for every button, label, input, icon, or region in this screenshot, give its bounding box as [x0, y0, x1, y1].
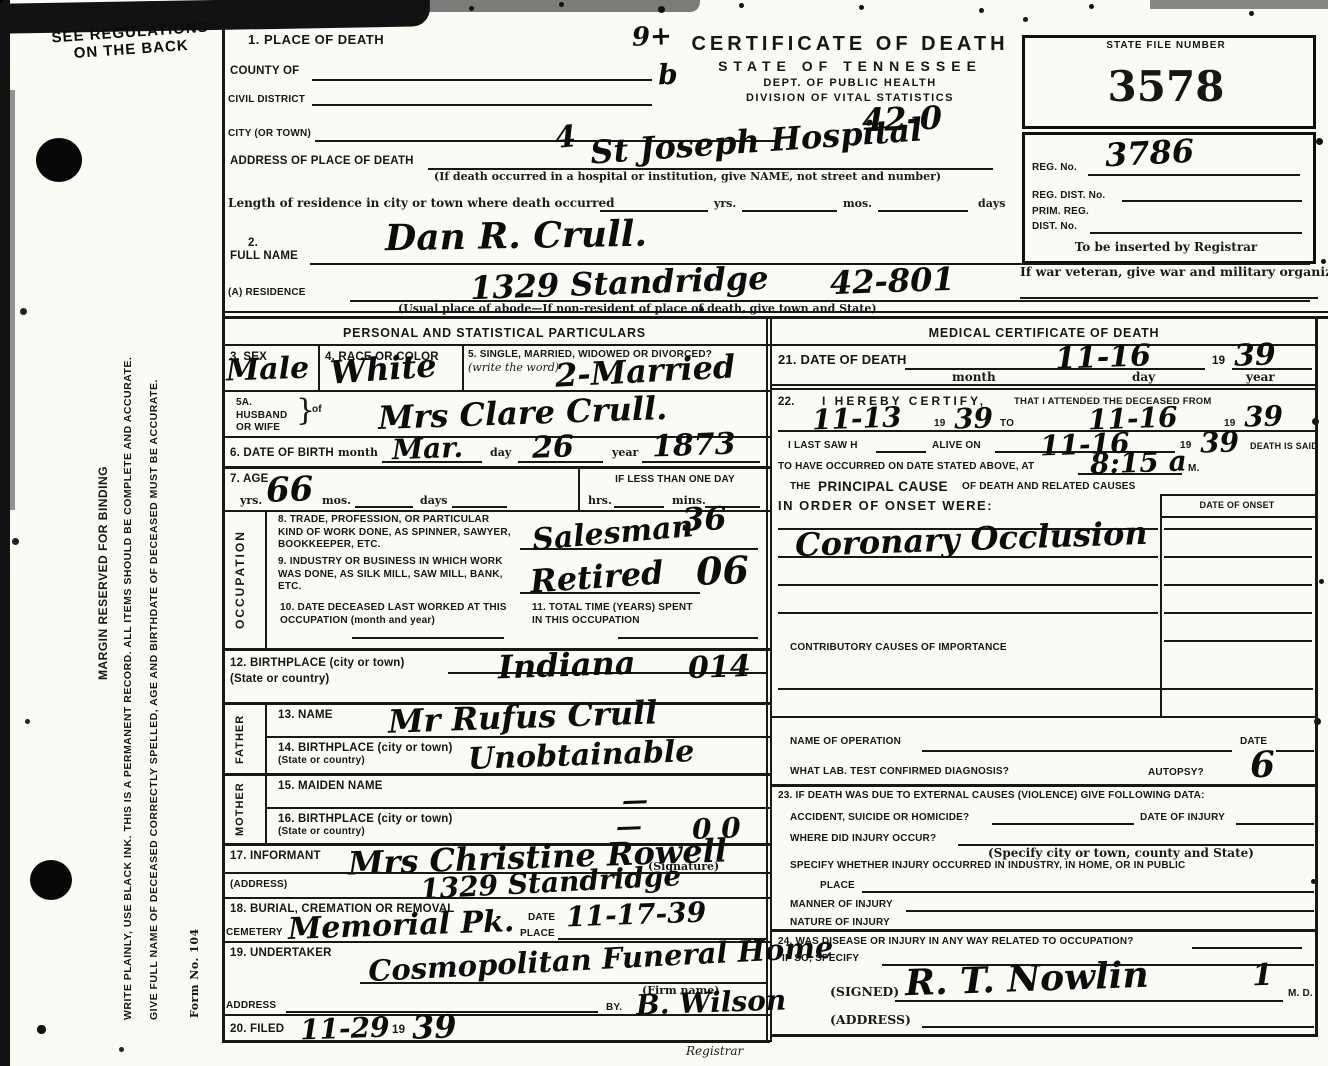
- dob-month-label: month: [338, 446, 378, 459]
- line: [778, 612, 1158, 614]
- from-year-prefix: 19: [934, 418, 946, 431]
- address-label: ADDRESS OF PLACE OF DEATH: [230, 154, 414, 168]
- specify-where-label: SPECIFY WHETHER INJURY OCCURRED IN INDUS…: [790, 860, 1185, 873]
- saw-year-handwritten: 39: [1199, 425, 1239, 459]
- line: [352, 637, 504, 639]
- division-title: DIVISION OF VITAL STATISTICS: [690, 92, 1010, 106]
- line: [1236, 823, 1314, 825]
- yrs-label: yrs.: [714, 197, 736, 210]
- informant-label: 17. INFORMANT: [230, 849, 321, 863]
- file-number-value: 3578: [1030, 62, 1302, 111]
- residence-length-label: Length of residence in city or town wher…: [228, 196, 615, 210]
- line: [1192, 947, 1302, 949]
- line: [1160, 494, 1315, 496]
- line: [614, 506, 664, 508]
- last-saw-label: I LAST SAW H: [788, 440, 858, 453]
- dod-year-label: year: [1246, 370, 1275, 384]
- line: [265, 736, 770, 738]
- burial-date-label: DATE: [528, 912, 555, 925]
- death-certificate-scan: SEE REGULATIONS ON THE BACK MARGIN RESER…: [0, 0, 1328, 1066]
- burial-place-label: PLACE: [520, 928, 555, 941]
- the-label: THE: [790, 481, 811, 494]
- residence-label: (A) RESIDENCE: [228, 287, 306, 300]
- birthplace-state-label: (State or country): [230, 672, 329, 686]
- line: [770, 1034, 1318, 1037]
- margin-write-plainly-note: WRITE PLAINLY, USE BLACK INK. THIS IS A …: [122, 150, 134, 1020]
- residence-code-handwritten: 42-801: [829, 260, 955, 302]
- dept-title: DEPT. OF PUBLIC HEALTH: [690, 77, 1010, 91]
- line: [312, 104, 652, 106]
- father-birthplace-state-label: (State or country): [278, 755, 365, 768]
- date-of-death-label: 21. DATE OF DEATH: [778, 352, 907, 368]
- line: [1160, 516, 1315, 518]
- line: [1164, 584, 1312, 586]
- line: [895, 1000, 1283, 1002]
- line: [922, 750, 1232, 752]
- mother-side-label: MOTHER: [234, 780, 246, 838]
- scan-smudge: [1150, 0, 1328, 9]
- less-than-day-label: IF LESS THAN ONE DAY: [590, 474, 760, 487]
- external-causes-label: 23. IF DEATH WAS DUE TO EXTERNAL CAUSES …: [778, 790, 1205, 803]
- dist-no-label: DIST. No.: [1032, 221, 1077, 234]
- place-section-label: 1. PLACE OF DEATH: [248, 32, 384, 48]
- margin-binding-note: MARGIN RESERVED FOR BINDING: [96, 380, 110, 680]
- father-name-label: 13. NAME: [278, 708, 333, 722]
- county-label: COUNTY OF: [230, 64, 299, 78]
- autopsy-handwritten: 6: [1249, 744, 1276, 787]
- line: [222, 773, 770, 776]
- line: [878, 210, 968, 212]
- dob-year-label: year: [612, 446, 638, 459]
- physician-address-label: (ADDRESS): [830, 1012, 911, 1027]
- operation-label: NAME OF OPERATION: [790, 736, 901, 749]
- line: [462, 345, 464, 390]
- lab-test-label: WHAT LAB. TEST CONFIRMED DIAGNOSIS?: [790, 766, 1009, 779]
- punch-hole: [30, 860, 72, 900]
- onset-label: IN ORDER OF ONSET WERE:: [778, 498, 993, 514]
- mos-label: mos.: [843, 197, 872, 210]
- trade-value-handwritten: Salesman: [531, 509, 695, 558]
- cemetery-label: CEMETERY: [226, 927, 283, 940]
- line: [1088, 174, 1300, 176]
- line: [906, 910, 1314, 912]
- reg-dist-label: REG. DIST. No.: [1032, 190, 1105, 203]
- where-injury-label: WHERE DID INJURY OCCUR?: [790, 833, 936, 846]
- line: [578, 467, 580, 510]
- line: [1164, 612, 1312, 614]
- line: [770, 929, 1318, 932]
- scan-edge: [0, 0, 10, 1066]
- signature-flourish-handwritten: 1: [1251, 958, 1273, 994]
- address-note: (If death occurred in a hospital or inst…: [434, 170, 941, 183]
- certificate-title: CERTIFICATE OF DEATH: [690, 32, 1010, 57]
- industry-label: 9. INDUSTRY OR BUSINESS IN WHICH WORK WA…: [278, 556, 516, 594]
- line: [600, 210, 708, 212]
- injury-place-label: PLACE: [820, 880, 855, 893]
- m-label: M.: [1188, 463, 1200, 476]
- form-number: Form No. 104: [188, 918, 201, 1018]
- marital-note: (write the word): [468, 361, 559, 374]
- personal-header: PERSONAL AND STATISTICAL PARTICULARS: [222, 326, 767, 342]
- full-name-handwritten: Dan R. Crull.: [385, 213, 648, 260]
- address-handwritten-mark: 4: [554, 119, 578, 156]
- line: [318, 345, 320, 390]
- specify-city-note: (Specify city or town, county and State): [988, 846, 1254, 860]
- age-days-label: days: [420, 494, 447, 507]
- line: [618, 637, 758, 639]
- line: [1276, 750, 1314, 752]
- file-number-label: STATE FILE NUMBER: [1030, 40, 1302, 53]
- dob-day-handwritten: 26: [531, 429, 574, 465]
- line: [1090, 232, 1302, 234]
- marital-value-handwritten: 2-Married: [554, 347, 736, 394]
- trade-label: 8. TRADE, PROFESSION, OR PARTICULAR KIND…: [278, 514, 516, 552]
- line: [222, 316, 1328, 319]
- reg-no-handwritten: 3786: [1104, 132, 1195, 175]
- md-label: M. D.: [1288, 988, 1313, 1001]
- line: [1164, 528, 1312, 530]
- signed-label: (SIGNED): [830, 984, 899, 999]
- last-worked-label: 10. DATE DECEASED LAST WORKED AT THIS OC…: [280, 602, 512, 627]
- filed-year-prefix: 19: [392, 1023, 405, 1037]
- line: [862, 891, 1314, 893]
- occurred-label: TO HAVE OCCURRED ON DATE STATED ABOVE, A…: [778, 461, 1034, 474]
- dob-label: 6. DATE OF BIRTH: [230, 446, 334, 460]
- dob-year-handwritten: 1873: [651, 427, 736, 465]
- line: [770, 784, 1318, 787]
- line: [1122, 200, 1302, 202]
- filed-year-handwritten: 39: [411, 1007, 457, 1047]
- line: [1160, 494, 1162, 718]
- to-label: TO: [1000, 418, 1014, 431]
- line: [310, 263, 1310, 265]
- registrar-note: Registrar: [686, 1044, 743, 1058]
- dod-day-label: day: [1132, 370, 1155, 384]
- age-label: 7. AGE: [230, 472, 268, 486]
- principal-cause-label: PRINCIPAL CAUSE: [818, 479, 948, 496]
- accident-label: ACCIDENT, SUICIDE OR HOMICIDE?: [790, 812, 969, 825]
- filed-date-handwritten: 11-29: [299, 1010, 390, 1046]
- age-yrs-label: yrs.: [240, 494, 262, 507]
- line: [1164, 640, 1312, 642]
- line: [742, 210, 837, 212]
- line: [770, 716, 1318, 718]
- trade-code-handwritten: 36: [681, 499, 727, 539]
- scan-edge: [10, 90, 15, 510]
- father-name-handwritten: Mr Rufus Crull: [387, 693, 658, 740]
- prim-reg-label: PRIM. REG.: [1032, 206, 1089, 219]
- race-value-handwritten: White: [329, 346, 438, 391]
- full-name-label: FULL NAME: [230, 249, 298, 263]
- line: [922, 1026, 1314, 1028]
- war-veteran-note: If war veteran, give war and military or…: [1020, 264, 1318, 279]
- maiden-name-label: 15. MAIDEN NAME: [278, 779, 383, 793]
- undertaker-address-label: ADDRESS: [226, 1000, 276, 1013]
- nature-of-injury-label: NATURE OF INJURY: [790, 917, 890, 930]
- line: [1164, 556, 1312, 558]
- dob-month-handwritten: Mar.: [391, 431, 463, 466]
- burial-date-handwritten: 11-17-39: [565, 896, 706, 934]
- if-so-specify-label: IF SO, SPECIFY: [782, 953, 859, 966]
- mother-birthplace-state-label: (State or country): [278, 826, 365, 839]
- line: [1020, 297, 1318, 299]
- line: [222, 390, 770, 392]
- line: [876, 451, 926, 453]
- father-birthplace-label: 14. BIRTHPLACE (city or town): [278, 741, 452, 755]
- line: [770, 388, 1318, 390]
- autopsy-label: AUTOPSY?: [1148, 767, 1204, 780]
- certify-number: 22.: [778, 395, 795, 409]
- mother-birthplace-label: 16. BIRTHPLACE (city or town): [278, 812, 452, 826]
- dob-day-label: day: [490, 446, 511, 459]
- occupation-related-label: 24. WAS DISEASE OR INJURY IN ANY WAY REL…: [778, 936, 1134, 949]
- by-label: BY.: [606, 1002, 622, 1015]
- scan-specks: [0, 0, 3, 3]
- line: [1315, 316, 1318, 1035]
- birthplace-value-handwritten: Indiana: [497, 644, 636, 687]
- filed-label: 20. FILED: [230, 1022, 284, 1036]
- spouse-of-label: of: [312, 404, 322, 417]
- related-causes-label: OF DEATH AND RELATED CAUSES: [962, 481, 1136, 494]
- birthplace-code-handwritten: 014: [687, 649, 751, 686]
- father-birthplace-handwritten: Unobtainable: [467, 734, 694, 777]
- alive-on-label: ALIVE ON: [932, 440, 981, 453]
- contributory-label: CONTRIBUTORY CAUSES OF IMPORTANCE: [790, 642, 1007, 655]
- undertaker-label: 19. UNDERTAKER: [230, 946, 332, 960]
- civil-district-label: CIVIL DISTRICT: [228, 94, 305, 107]
- date-of-injury-label: DATE OF INJURY: [1140, 812, 1225, 825]
- sex-value-handwritten: Male: [225, 351, 309, 389]
- line: [355, 506, 413, 508]
- to-year-handwritten: 39: [1243, 399, 1283, 433]
- death-said-label: DEATH IS SAID: [1250, 441, 1318, 452]
- occupation-side-label: OCCUPATION: [233, 525, 247, 635]
- county-handwritten-mark2: b: [657, 58, 678, 92]
- line: [222, 344, 770, 346]
- registrar-insert-note: To be inserted by Registrar: [1030, 240, 1302, 254]
- age-value-handwritten: 66: [265, 469, 314, 511]
- dod-month-label: month: [952, 370, 996, 384]
- line: [222, 28, 225, 1042]
- line: [265, 807, 770, 809]
- birthplace-label: 12. BIRTHPLACE (city or town): [230, 656, 404, 670]
- manner-of-injury-label: MANNER OF INJURY: [790, 899, 893, 912]
- spouse-value-handwritten: Mrs Clare Crull.: [377, 389, 667, 437]
- date-of-onset-label: DATE OF ONSET: [1162, 500, 1312, 511]
- line: [312, 79, 652, 81]
- scan-smudge: [400, 0, 700, 12]
- punch-hole: [36, 138, 82, 182]
- days-label: days: [978, 197, 1005, 210]
- father-side-label: FATHER: [234, 712, 246, 767]
- line: [452, 506, 507, 508]
- line: [992, 823, 1134, 825]
- spouse-label: 5A. HUSBAND OR WIFE: [236, 397, 298, 435]
- line: [778, 584, 1158, 586]
- dod-year-prefix: 19: [1212, 354, 1225, 368]
- state-title: STATE OF TENNESSEE: [690, 58, 1010, 76]
- line: [265, 510, 267, 648]
- total-time-label: 11. TOTAL TIME (YEARS) SPENT IN THIS OCC…: [532, 602, 702, 627]
- line: [770, 384, 1318, 386]
- age-mos-label: mos.: [322, 494, 351, 507]
- city-label: CITY (OR TOWN): [228, 128, 311, 141]
- abode-note: (Usual place of abode—If non-resident of…: [398, 302, 877, 315]
- hrs-label: hrs.: [588, 494, 612, 507]
- industry-code-handwritten: 06: [695, 547, 749, 594]
- physician-signature-handwritten: R. T. Nowlin: [904, 954, 1149, 1004]
- reg-no-label: REG. No.: [1032, 162, 1077, 175]
- county-handwritten-mark: 9+: [631, 21, 672, 52]
- line: [778, 688, 1313, 690]
- time-handwritten: 8:15 a: [1089, 444, 1187, 480]
- margin-full-name-note: GIVE FULL NAME OF DECEASED CORRECTLY SPE…: [148, 230, 160, 1020]
- informant-address-label: (ADDRESS): [230, 879, 287, 892]
